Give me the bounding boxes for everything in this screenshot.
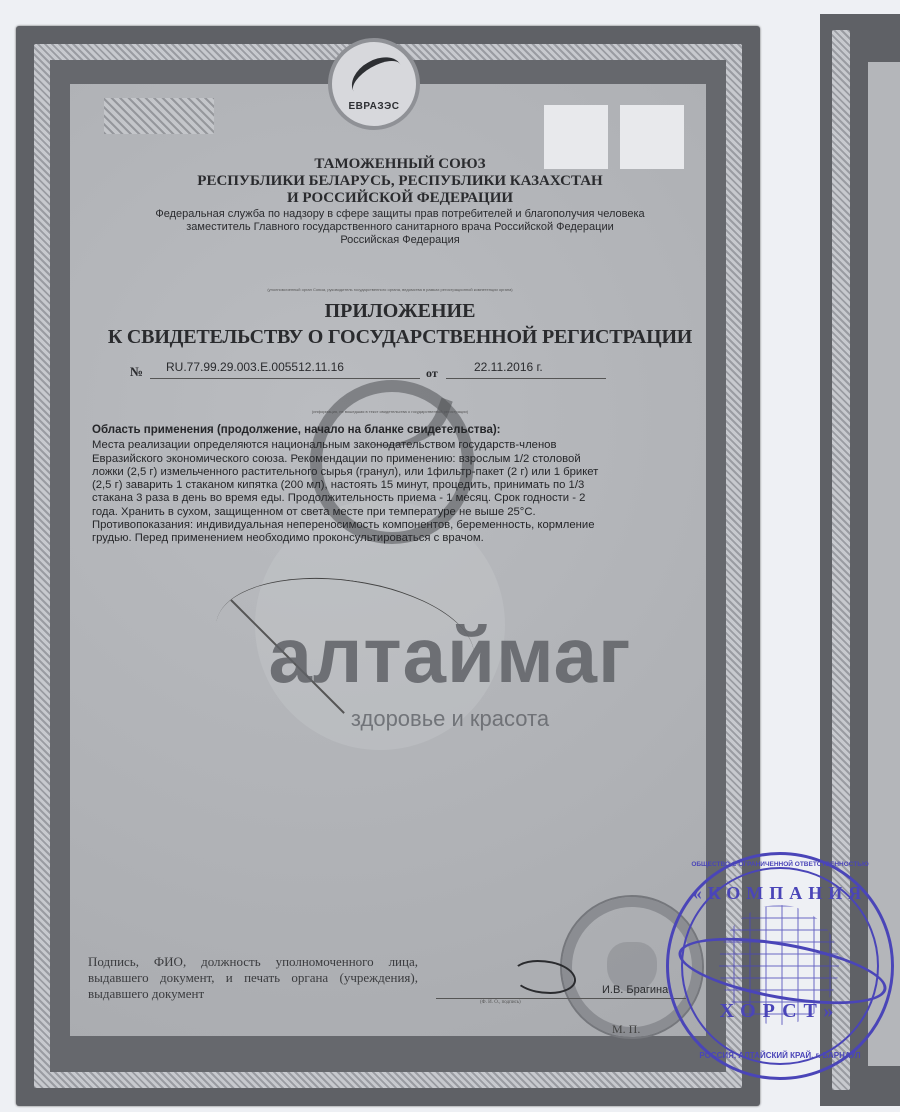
signature-label: Подпись, ФИО, должность уполномоченного …	[88, 954, 418, 1002]
seal-company-word1: «КОМПАНИЯ	[669, 883, 891, 904]
issuer-header: ТАМОЖЕННЫЙ СОЮЗ РЕСПУБЛИКИ БЕЛАРУСЬ, РЕС…	[60, 156, 740, 207]
fio-caption: (Ф. И. О., подпись)	[480, 1000, 521, 1005]
scope-line: года. Хранить в сухом, защищенном от све…	[92, 506, 692, 519]
issuer-agency: Федеральная служба по надзору в сфере за…	[60, 208, 740, 247]
document-title: ПРИЛОЖЕНИЕ	[60, 300, 740, 322]
logo-label: ЕВРАЗЭС	[332, 101, 416, 112]
scope-line: Места реализации определяются национальн…	[92, 439, 692, 452]
header-line: ТАМОЖЕННЫЙ СОЮЗ	[60, 156, 740, 173]
logo-swoosh-icon	[345, 49, 410, 107]
header-line: РЕСПУБЛИКИ БЕЛАРУСЬ, РЕСПУБЛИКИ КАЗАХСТА…	[60, 173, 740, 190]
company-seal: ОБЩЕСТВО С ОГРАНИЧЕННОЙ ОТВЕТСТВЕННОСТЬЮ…	[666, 852, 894, 1080]
registration-date: 22.11.2016 г.	[474, 360, 543, 374]
agency-name: Федеральная служба по надзору в сфере за…	[60, 208, 740, 221]
security-pattern	[104, 98, 214, 134]
watermark-tagline: здоровье и красота	[0, 706, 900, 732]
scope-line: (2,5 г) заварить 1 стаканом кипятка (200…	[92, 479, 692, 492]
date-label: от	[426, 366, 438, 381]
seal-company-word2: ХОРСТ»	[669, 1000, 891, 1023]
scope-line: грудью. Перед применением необходимо про…	[92, 532, 692, 545]
header-line: И РОССИЙСКОЙ ФЕДЕРАЦИИ	[60, 190, 740, 207]
document-subtitle: К СВИДЕТЕЛЬСТВУ О ГОСУДАРСТВЕННОЙ РЕГИСТ…	[60, 326, 740, 349]
number-label: №	[130, 364, 143, 380]
scope-line: ложки (2,5 г) измельченного растительног…	[92, 466, 692, 479]
eurasec-logo: ЕВРАЗЭС	[328, 38, 420, 130]
country-name: Российская Федерация	[60, 234, 740, 247]
stamp-place-label: М. П.	[612, 1022, 640, 1037]
scope-line: стакана 3 раза в день во время еды. Прод…	[92, 492, 692, 505]
seal-top-text: ОБЩЕСТВО С ОГРАНИЧЕННОЙ ОТВЕТСТВЕННОСТЬЮ	[669, 861, 891, 868]
scope-line: Евразийского экономического союза. Реком…	[92, 453, 692, 466]
watermark-brand: алтаймаг	[0, 615, 900, 695]
signature-underline	[436, 998, 686, 999]
registration-number: RU.77.99.29.003.E.005512.11.16	[166, 360, 344, 374]
scope-line: Противопоказания: индивидуальная неперен…	[92, 519, 692, 532]
application-scope: Область применения (продолжение, начало …	[92, 424, 692, 546]
official-title: заместитель Главного государственного са…	[60, 221, 740, 234]
signer-name: И.В. Брагина	[602, 984, 668, 996]
scope-heading: Область применения (продолжение, начало …	[92, 424, 692, 437]
seal-bottom-text: РОССИЯ, АЛТАЙСКИЙ КРАЙ, г. БАРНАУЛ	[669, 1051, 891, 1060]
header-caption: (уполномоченный орган Союза, руководител…	[150, 287, 630, 292]
